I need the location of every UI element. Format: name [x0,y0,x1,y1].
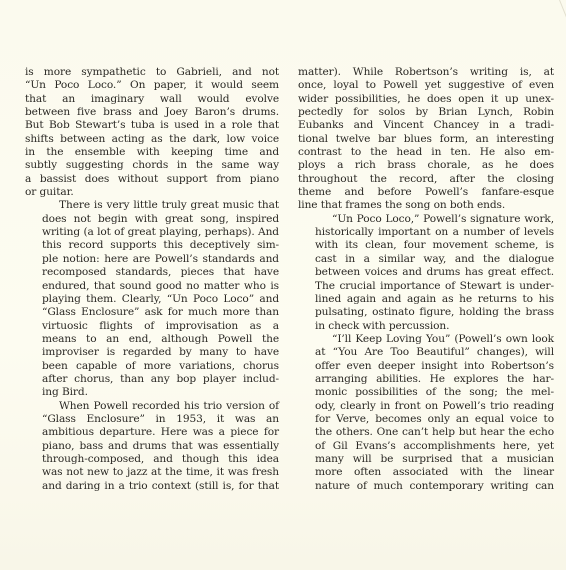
text-line: matter). While Robertson’s writing is, a… [298,66,554,79]
text-line: in check with percussion. [298,320,554,333]
text-line: lined again and again as he returns to h… [298,293,554,306]
text-line: in the ensemble with keeping time and [25,146,279,159]
text-line: monic possibilities of the song; the mel… [298,386,554,399]
text-line: a bassist does without support from pian… [25,173,279,186]
paragraph: “I’ll Keep Loving You” (Powell’s own loo… [298,333,554,493]
text-line: improviser is regarded by many to have [25,346,279,359]
text-line: for Verve, becomes only an equal voice t… [298,413,554,426]
text-line: virtuosic flights of improvisation as a [25,320,279,333]
text-line: was not new to jazz at the time, it was … [25,466,279,479]
text-column-right: matter). While Robertson’s writing is, a… [298,66,554,493]
text-line: is more sympathetic to Gabrieli, and not [25,66,279,79]
text-line: through-composed, and though this idea [25,453,279,466]
text-line: ploys a rich brass chorale, as he does [298,159,554,172]
text-line: offer even deeper insight into Robertson… [298,360,554,373]
text-line: playing them. Clearly, “Un Poco Loco” an… [25,293,279,306]
text-line: more often associated with the linear [298,466,554,479]
text-line: ple notion: here are Powell’s standards … [25,253,279,266]
text-line: “Un Poco Loco.” On paper, it would seem [25,79,279,92]
text-line: after chorus, than any bop player includ… [25,373,279,386]
text-line: at “You Are Too Beautiful” changes), wil… [298,346,554,359]
text-line: this record supports this deceptively si… [25,239,279,252]
text-line: pectedly for solos by Brian Lynch, Robin [298,106,554,119]
text-line: historically important on a number of le… [298,226,554,239]
text-line: and daring in a trio context (still is, … [25,480,279,493]
text-line: “I’ll Keep Loving You” (Powell’s own loo… [298,333,554,346]
paper-crease [559,0,566,24]
text-line: ambitious departure. Here was a piece fo… [25,426,279,439]
paragraph: There is very little truly great music t… [25,199,279,399]
text-line: been capable of more variations, chorus [25,360,279,373]
text-line: the others. One can’t help but hear the … [298,426,554,439]
text-line: theme and before Powell’s fanfare-esque [298,186,554,199]
text-line: of Gil Evans’s accomplishments here, yet [298,440,554,453]
liner-notes-page: is more sympathetic to Gabrieli, and not… [0,0,566,570]
text-line: recomposed standards, pieces that have [25,266,279,279]
text-line: many will be surprised that a musician [298,453,554,466]
text-line: does not begin with great song, inspired [25,213,279,226]
text-line: “Glass Enclosure” ask for much more than [25,306,279,319]
text-line: means to an end, although Powell the [25,333,279,346]
text-line: endured, that sound good no matter who i… [25,280,279,293]
text-line: writing (a lot of great playing, perhaps… [25,226,279,239]
text-line: that an imaginary wall would evolve [25,93,279,106]
text-line: arranging abilities. He explores the har… [298,373,554,386]
text-line: nature of much contemporary writing can [298,480,554,493]
text-line: between voices and drums has great effec… [298,266,554,279]
text-line: There is very little truly great music t… [25,199,279,212]
paragraph: “Un Poco Loco,” Powell’s signature work,… [298,213,554,333]
text-line: “Un Poco Loco,” Powell’s signature work, [298,213,554,226]
text-line: line that frames the song on both ends. [298,199,554,212]
text-line: contrast to the head in ten. He also em- [298,146,554,159]
text-column-left: is more sympathetic to Gabrieli, and not… [25,66,279,493]
text-line: ody, clearly in front on Powell’s trio r… [298,400,554,413]
text-line: When Powell recorded his trio version of [25,400,279,413]
text-line: tional twelve bar blues form, an interes… [298,133,554,146]
text-line: or guitar. [25,186,279,199]
text-line: shifts between acting as the dark, low v… [25,133,279,146]
text-line: once, loyal to Powell yet suggestive of … [298,79,554,92]
text-line: between five brass and Joey Baron’s drum… [25,106,279,119]
text-line: ing Bird. [25,386,279,399]
text-line: Eubanks and Vincent Chancey in a tradi- [298,119,554,132]
text-line: But Bob Stewart’s tuba is used in a role… [25,119,279,132]
text-line: piano, bass and drums that was essential… [25,440,279,453]
text-line: “Glass Enclosure” in 1953, it was an [25,413,279,426]
text-line: with its clean, four movement scheme, is [298,239,554,252]
text-line: wider possibilities, he does open it up … [298,93,554,106]
text-line: pulsating, ostinato figure, holding the … [298,306,554,319]
text-line: cast in a similar way, and the dialogue [298,253,554,266]
text-line: The crucial importance of Stewart is und… [298,280,554,293]
text-line: throughout the record, after the closing [298,173,554,186]
paragraph: is more sympathetic to Gabrieli, and not… [25,66,279,199]
paragraph: When Powell recorded his trio version of… [25,400,279,493]
text-line: subtly suggesting chords in the same way [25,159,279,172]
paragraph: matter). While Robertson’s writing is, a… [298,66,554,213]
